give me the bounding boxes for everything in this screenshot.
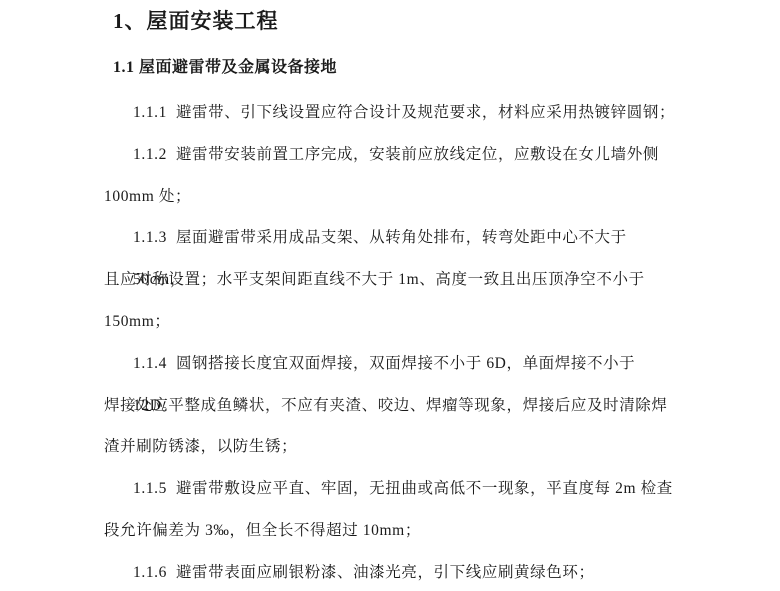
clause-1-1-2-line-1: 1.1.2 避雷带安装前置工序完成，安装前应放线定位，应敷设在女儿墙外侧 <box>104 134 680 176</box>
clause-1-1-5-line-1: 1.1.5 避雷带敷设应平直、牢固，无扭曲或高低不一现象，平直度每 2m 检查 <box>104 468 680 510</box>
clause-1-1-1-line-1: 1.1.1 避雷带、引下线设置应符合设计及规范要求，材料应采用热镀锌圆钢； <box>104 92 680 134</box>
clause-1-1-2-line-2: 100mm 处； <box>104 176 680 218</box>
clause-1-1-3-line-3: 150mm； <box>104 301 680 343</box>
doc-title: 1、屋面安装工程 <box>0 0 780 34</box>
clause-1-1-6-line-1: 1.1.6 避雷带表面应刷银粉漆、油漆光亮，引下线应刷黄绿色环； <box>104 552 680 591</box>
section-heading: 1.1 屋面避雷带及金属设备接地 <box>113 58 780 78</box>
clause-1-1-4-line-2: 焊接处应平整成鱼鳞状，不应有夹渣、咬边、焊瘤等现象，焊接后应及时清除焊 <box>104 385 680 427</box>
clause-1-1-3-line-2: 且应对称设置；水平支架间距直线不大于 1m、高度一致且出压顶净空不小于 <box>104 259 680 301</box>
clause-1-1-3-line-1: 1.1.3 屋面避雷带采用成品支架、从转角处排布，转弯处距中心不大于 50cm， <box>104 217 680 259</box>
clause-1-1-4-line-3: 渣并刷防锈漆，以防生锈； <box>104 426 680 468</box>
document-page: 1、屋面安装工程 1.1 屋面避雷带及金属设备接地 1.1.1 避雷带、引下线设… <box>0 0 780 591</box>
document-body: 1.1.1 避雷带、引下线设置应符合设计及规范要求，材料应采用热镀锌圆钢； 1.… <box>104 92 680 591</box>
clause-1-1-5-line-2: 段允许偏差为 3‰，但全长不得超过 10mm； <box>104 510 680 552</box>
clause-1-1-4-line-1: 1.1.4 圆钢搭接长度宜双面焊接，双面焊接不小于 6D，单面焊接不小于 12D… <box>104 343 680 385</box>
